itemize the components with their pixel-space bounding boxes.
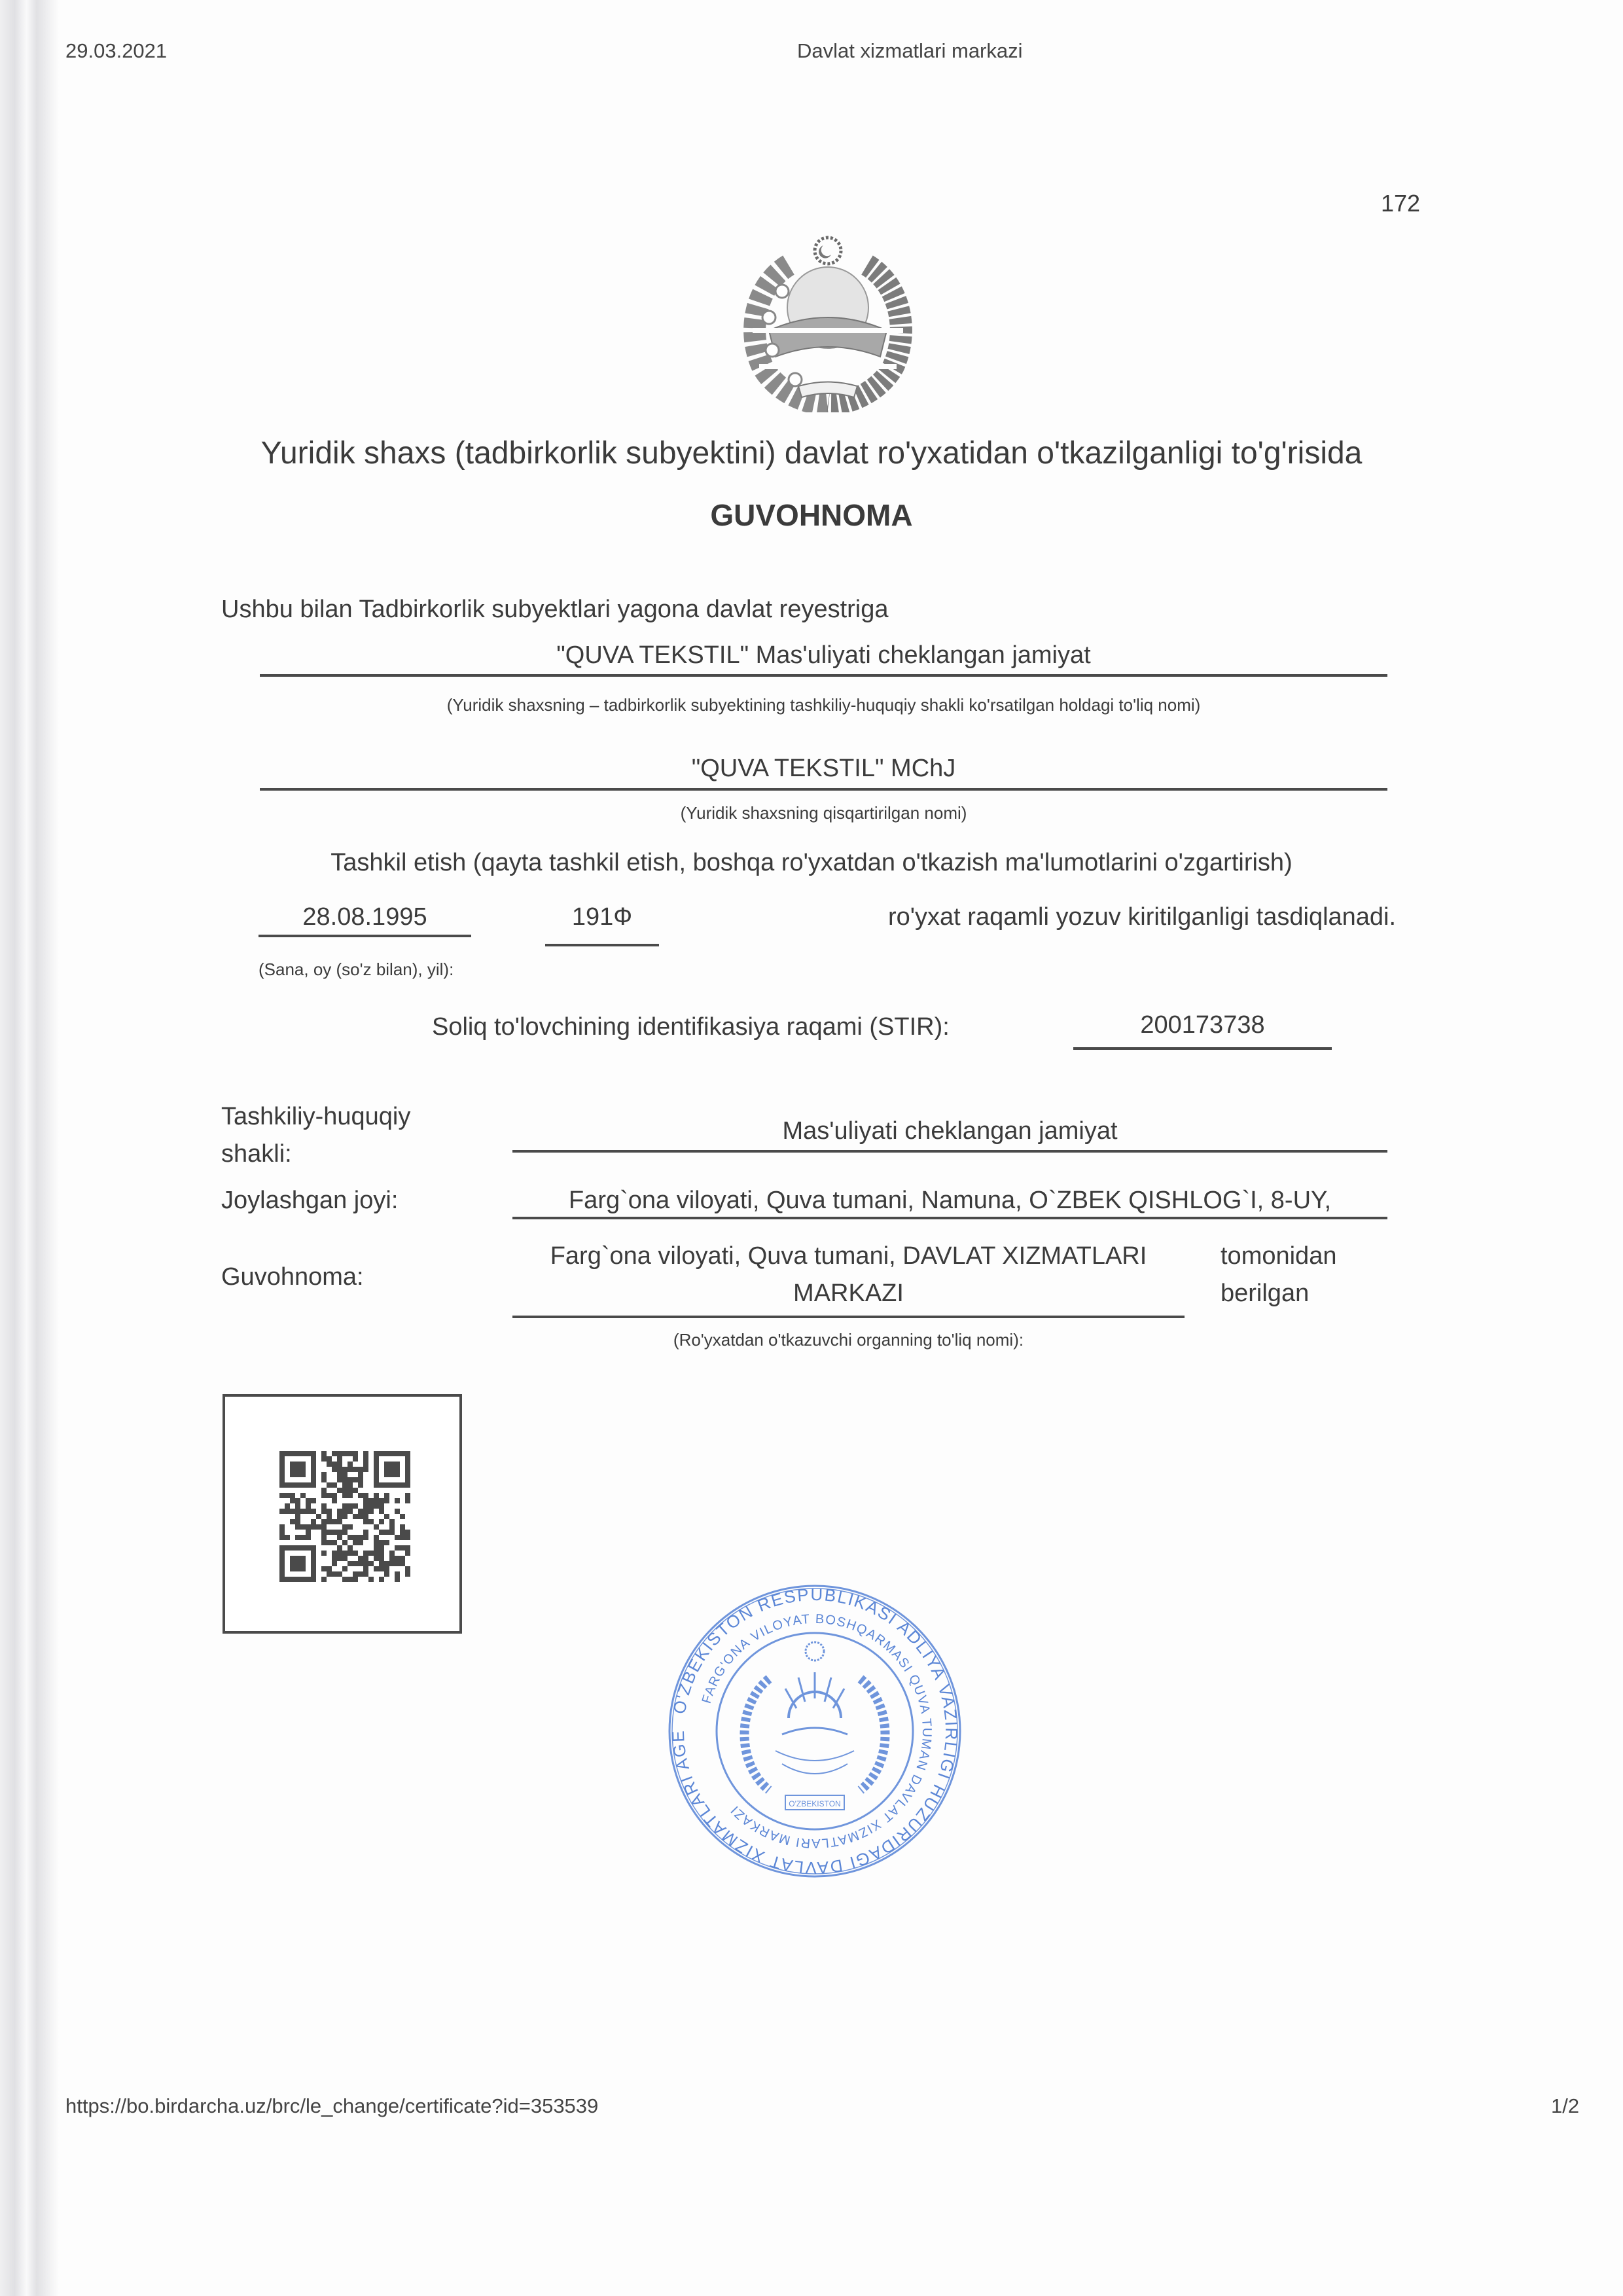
issuer-line1: Farg`ona viloyati, Quva tumani, DAVLAT X… bbox=[512, 1242, 1185, 1270]
page-number: 172 bbox=[1381, 190, 1420, 217]
stir-value: 200173738 bbox=[1073, 1011, 1332, 1039]
full-name-caption: (Yuridik shaxsning – tadbirkorlik subyek… bbox=[260, 695, 1387, 715]
short-name-caption: (Yuridik shaxsning qisqartirilgan nomi) bbox=[260, 803, 1387, 823]
registration-date-caption: (Sana, oy (so'z bilan), yil): bbox=[259, 960, 454, 980]
svg-text:FARG'ONA VILOYAT BOSHQARMASI Q: FARG'ONA VILOYAT BOSHQARMASI QUVA TUMAN … bbox=[700, 1612, 934, 1850]
registration-confirmation: ro'yxat raqamli yozuv kiritilganligi tas… bbox=[888, 903, 1396, 931]
location-underline bbox=[512, 1217, 1387, 1219]
stir-label: Soliq to'lovchining identifikasiya raqam… bbox=[432, 1013, 950, 1041]
legal-form-label-line1: Tashkiliy-huquqiy bbox=[221, 1103, 410, 1131]
seal-inner-text: FARG'ONA VILOYAT BOSHQARMASI QUVA TUMAN … bbox=[700, 1612, 934, 1850]
official-seal-icon: O'ZBEKISTON RESPUBLIKASI ADLIYA VAZIRLIG… bbox=[658, 1574, 972, 1888]
footer-page-number: 1/2 bbox=[1551, 2094, 1579, 2118]
footer-url[interactable]: https://bo.birdarcha.uz/brc/le_change/ce… bbox=[65, 2094, 598, 2118]
full-name-value: "QUVA TEKSTIL" Mas'uliyati cheklangan ja… bbox=[260, 641, 1387, 670]
print-date: 29.03.2021 bbox=[65, 39, 167, 63]
issuer-suffix-line2: berilgan bbox=[1221, 1280, 1309, 1308]
registration-number: 191Ф bbox=[545, 903, 659, 931]
legal-form-underline bbox=[512, 1150, 1387, 1153]
certificate-label: Guvohnoma: bbox=[221, 1263, 364, 1291]
legal-form-label-line2: shakli: bbox=[221, 1140, 292, 1168]
header-title: Davlat xizmatlari markazi bbox=[797, 39, 1023, 63]
full-name-underline bbox=[260, 674, 1387, 677]
intro-text: Ushbu bilan Tadbirkorlik subyektlari yag… bbox=[221, 596, 889, 624]
short-name-value: "QUVA TEKSTIL" MChJ bbox=[260, 755, 1387, 783]
qr-code-icon bbox=[279, 1451, 410, 1582]
qr-code-frame bbox=[223, 1394, 462, 1634]
legal-form-value: Mas'uliyati cheklangan jamiyat bbox=[512, 1117, 1387, 1145]
certificate-title: GUVOHNOMA bbox=[0, 497, 1623, 533]
issuer-underline bbox=[512, 1316, 1185, 1318]
registration-heading: Tashkil etish (qayta tashkil etish, bosh… bbox=[0, 849, 1623, 877]
issuer-line2: MARKAZI bbox=[512, 1280, 1185, 1308]
certificate-subtitle: Yuridik shaxs (tadbirkorlik subyektini) … bbox=[0, 435, 1623, 471]
seal-ribbon-text: O'ZBEKISTON bbox=[789, 1799, 840, 1808]
location-value: Farg`ona viloyati, Quva tumani, Namuna, … bbox=[512, 1187, 1387, 1215]
scan-edge-artifact bbox=[0, 0, 59, 2296]
issuer-suffix-line1: tomonidan bbox=[1221, 1242, 1336, 1270]
registration-date: 28.08.1995 bbox=[259, 903, 471, 931]
location-label: Joylashgan joyi: bbox=[221, 1187, 398, 1215]
uzbekistan-coat-of-arms-icon bbox=[743, 226, 913, 412]
issuer-caption: (Ro'yxatdan o'tkazuvchi organning to'liq… bbox=[512, 1330, 1185, 1350]
short-name-underline bbox=[260, 788, 1387, 791]
registration-number-underline bbox=[545, 944, 659, 946]
registration-date-underline bbox=[259, 935, 471, 937]
stir-underline bbox=[1073, 1047, 1332, 1050]
